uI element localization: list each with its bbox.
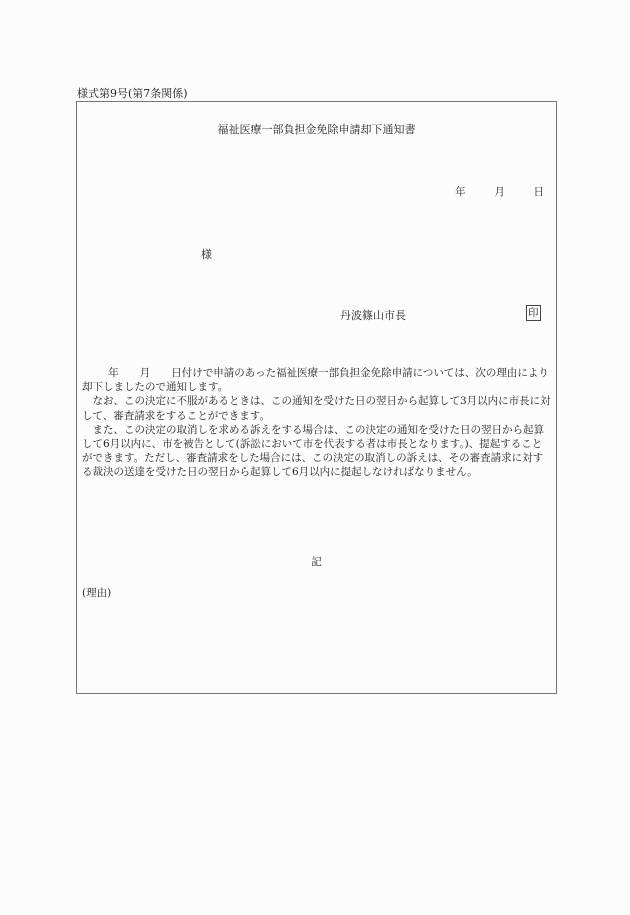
form-number: 様式第9号(第7条関係) <box>77 85 188 101</box>
date-day-label: 日 <box>534 184 545 199</box>
ki-heading: 記 <box>77 554 556 569</box>
notice-body: 年 月 日付けで申請のあった福祉医療一部負担金免除申請については、次の理由により… <box>82 366 552 480</box>
document-title: 福祉医療一部負担金免除申請却下通知書 <box>77 121 556 137</box>
date-year-label: 年 <box>455 184 466 199</box>
date-line: 年 月 日 <box>455 184 544 199</box>
document-frame: 福祉医療一部負担金免除申請却下通知書 年 月 日 様 丹波篠山市長 印 年 月 … <box>76 101 557 694</box>
date-month-label: 月 <box>494 184 505 199</box>
notice-paragraph: なお、この決定に不服があるときは、この通知を受けた日の翌日から起算して3月以内に… <box>82 394 552 422</box>
addressee-suffix: 様 <box>201 246 212 262</box>
reason-label: (理由) <box>82 585 111 600</box>
seal-mark: 印 <box>526 305 541 321</box>
sender-name: 丹波篠山市長 <box>340 307 406 323</box>
notice-paragraph: 年 月 日付けで申請のあった福祉医療一部負担金免除申請については、次の理由により… <box>82 366 552 394</box>
notice-paragraph: また、この決定の取消しを求める訴えをする場合は、この決定の通知を受けた日の翌日か… <box>82 423 552 480</box>
